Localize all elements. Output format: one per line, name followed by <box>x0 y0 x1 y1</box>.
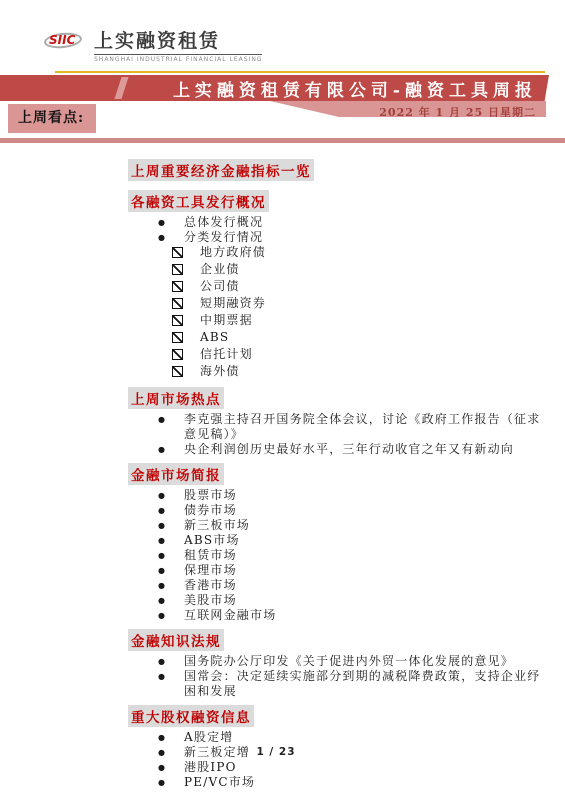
bullet-icon: ● <box>158 442 184 457</box>
report-title-bar: 上实融资租赁有限公司-融资工具周报 <box>0 75 549 101</box>
toc-item-label: 公司债 <box>200 279 542 294</box>
toc-item: ABS <box>172 330 542 347</box>
toc-section: 重大股权融资信息●A股定增●新三板定增●港股IPO●PE/VC市场 <box>128 700 542 790</box>
logo-subtitle: SHANGHAI INDUSTRIAL FINANCIAL LEASING <box>94 56 262 63</box>
checkbox-icon <box>172 349 183 360</box>
toc-item: ●PE/VC市场 <box>158 775 542 790</box>
bullet-icon: ● <box>158 654 184 669</box>
toc-item-label: 租赁市场 <box>184 548 542 563</box>
toc-section: 金融知识法规●国务院办公厅印发《关于促进内外贸一体化发展的意见》●国常会：决定延… <box>128 624 542 699</box>
bullet-icon: ● <box>158 215 184 230</box>
toc-item: ●香港市场 <box>158 578 542 593</box>
bullet-icon: ● <box>158 230 184 245</box>
toc-item-label: 美股市场 <box>184 593 542 608</box>
toc-item-label: 短期融资券 <box>200 296 542 311</box>
toc-item-label: 分类发行情况 <box>184 230 542 245</box>
checkbox-icon <box>172 364 200 381</box>
toc-item-label: A股定增 <box>184 730 542 745</box>
checkbox-icon <box>172 332 183 343</box>
toc-item-label: 央企利润创历史最好水平，三年行动收官之年又有新动向 <box>184 442 542 457</box>
toc-item-label: 信托计划 <box>200 347 542 362</box>
toc-item-label: 地方政府债 <box>200 245 542 260</box>
bullet-icon: ● <box>158 593 184 608</box>
toc-item-label: PE/VC市场 <box>184 775 542 790</box>
toc-section: 上周市场热点●李克强主持召开国务院全体会议，讨论《政府工作报告（征求意见稿）》●… <box>128 382 542 457</box>
toc-content: 上周重要经济金融指标一览各融资工具发行概况●总体发行概况●分类发行情况地方政府债… <box>128 154 542 791</box>
bullet-icon: ● <box>158 578 184 593</box>
checkbox-icon <box>172 247 183 258</box>
toc-item-label: 海外债 <box>200 364 542 379</box>
section-heading: 重大股权融资信息 <box>128 705 254 727</box>
bullet-icon: ● <box>158 488 184 503</box>
report-date: 2022 年 1 月 25 日星期二 <box>379 106 536 119</box>
toc-item: ●新三板市场 <box>158 518 542 533</box>
toc-item: ●国务院办公厅印发《关于促进内外贸一体化发展的意见》 <box>158 654 542 669</box>
bullet-icon: ● <box>158 533 184 548</box>
toc-item-label: 国常会：决定延续实施部分到期的减税降费政策，支持企业纾困和发展 <box>184 669 542 699</box>
toc-item-label: 国务院办公厅印发《关于促进内外贸一体化发展的意见》 <box>184 654 542 669</box>
checkbox-icon <box>172 264 183 275</box>
toc-item-label: 李克强主持召开国务院全体会议，讨论《政府工作报告（征求意见稿）》 <box>184 412 542 442</box>
toc-item: 企业债 <box>172 262 542 279</box>
section-heading: 金融市场简报 <box>128 463 224 485</box>
bullet-icon: ● <box>158 503 184 518</box>
toc-item-label: 香港市场 <box>184 578 542 593</box>
toc-item-label: ABS <box>200 330 542 345</box>
bullet-icon: ● <box>158 669 184 684</box>
checkbox-icon <box>172 347 200 364</box>
bullet-icon: ● <box>158 775 184 790</box>
toc-item: ●保理市场 <box>158 563 542 578</box>
toc-item: ●股票市场 <box>158 488 542 503</box>
checkbox-icon <box>172 315 183 326</box>
company-logo: SIIC 上实融资租赁 SHANGHAI INDUSTRIAL FINANCIA… <box>44 26 262 63</box>
section-heading: 上周重要经济金融指标一览 <box>128 159 314 181</box>
logo-mark-text: SIIC <box>49 33 75 47</box>
logo-company-name: 上实融资租赁 <box>94 26 262 55</box>
toc-section: 上周重要经济金融指标一览 <box>128 154 542 184</box>
highlights-label-box: 上周看点: <box>8 104 96 133</box>
section-heading: 金融知识法规 <box>128 629 224 651</box>
toc-item: ●美股市场 <box>158 593 542 608</box>
checkbox-icon <box>172 330 200 347</box>
toc-item: 公司债 <box>172 279 542 296</box>
toc-section: 金融市场简报●股票市场●债券市场●新三板市场●ABS市场●租赁市场●保理市场●香… <box>128 458 542 623</box>
logo-text: 上实融资租赁 SHANGHAI INDUSTRIAL FINANCIAL LEA… <box>94 26 262 63</box>
toc-item: ●A股定增 <box>158 730 542 745</box>
toc-item-label: 港股IPO <box>184 760 542 775</box>
checkbox-icon <box>172 296 200 313</box>
toc-item: ●ABS市场 <box>158 533 542 548</box>
toc-item: ●租赁市场 <box>158 548 542 563</box>
toc-item-label: 债券市场 <box>184 503 542 518</box>
toc-item-label: 股票市场 <box>184 488 542 503</box>
gold-divider <box>55 71 545 73</box>
toc-item: 地方政府债 <box>172 245 542 262</box>
bullet-icon: ● <box>158 760 184 775</box>
date-strip: 2022 年 1 月 25 日星期二 <box>270 101 546 117</box>
toc-item-label: 新三板市场 <box>184 518 542 533</box>
toc-item: 海外债 <box>172 364 542 381</box>
section-heading: 上周市场热点 <box>128 387 224 409</box>
page-number: 1 / 23 <box>0 746 552 758</box>
report-title: 上实融资租赁有限公司-融资工具周报 <box>173 76 549 101</box>
toc-item: ●国常会：决定延续实施部分到期的减税降费政策，支持企业纾困和发展 <box>158 669 542 699</box>
section-heading: 各融资工具发行概况 <box>128 190 269 212</box>
bullet-icon: ● <box>158 412 184 427</box>
checkbox-icon <box>172 281 183 292</box>
toc-section: 各融资工具发行概况●总体发行概况●分类发行情况地方政府债企业债公司债短期融资券中… <box>128 185 542 381</box>
toc-item: ●李克强主持召开国务院全体会议，讨论《政府工作报告（征求意见稿）》 <box>158 412 542 442</box>
checkbox-icon <box>172 262 200 279</box>
toc-item-label: 中期票据 <box>200 313 542 328</box>
bullet-icon: ● <box>158 730 184 745</box>
checkbox-icon <box>172 366 183 377</box>
checkbox-icon <box>172 313 200 330</box>
toc-item-label: 总体发行概况 <box>184 215 542 230</box>
toc-item: ●债券市场 <box>158 503 542 518</box>
toc-item: ●分类发行情况 <box>158 230 542 245</box>
checkbox-icon <box>172 245 200 262</box>
bullet-icon: ● <box>158 608 184 623</box>
toc-item: ●央企利润创历史最好水平，三年行动收官之年又有新动向 <box>158 442 542 457</box>
bullet-icon: ● <box>158 548 184 563</box>
bullet-icon: ● <box>158 563 184 578</box>
toc-item-label: 企业债 <box>200 262 542 277</box>
toc-item: 信托计划 <box>172 347 542 364</box>
bullet-icon: ● <box>158 518 184 533</box>
siic-logo-icon: SIIC <box>44 32 86 52</box>
toc-item: 短期融资券 <box>172 296 542 313</box>
toc-item: ●互联网金融市场 <box>158 608 542 623</box>
slash-decoration-icon <box>114 77 128 99</box>
checkbox-icon <box>172 279 200 296</box>
pink-divider <box>0 138 565 143</box>
toc-item-label: 保理市场 <box>184 563 542 578</box>
toc-item-label: 互联网金融市场 <box>184 608 542 623</box>
toc-item: ●总体发行概况 <box>158 215 542 230</box>
toc-item-label: ABS市场 <box>184 533 542 548</box>
highlights-label: 上周看点: <box>18 110 84 126</box>
toc-item: ●港股IPO <box>158 760 542 775</box>
toc-item: 中期票据 <box>172 313 542 330</box>
checkbox-icon <box>172 298 183 309</box>
